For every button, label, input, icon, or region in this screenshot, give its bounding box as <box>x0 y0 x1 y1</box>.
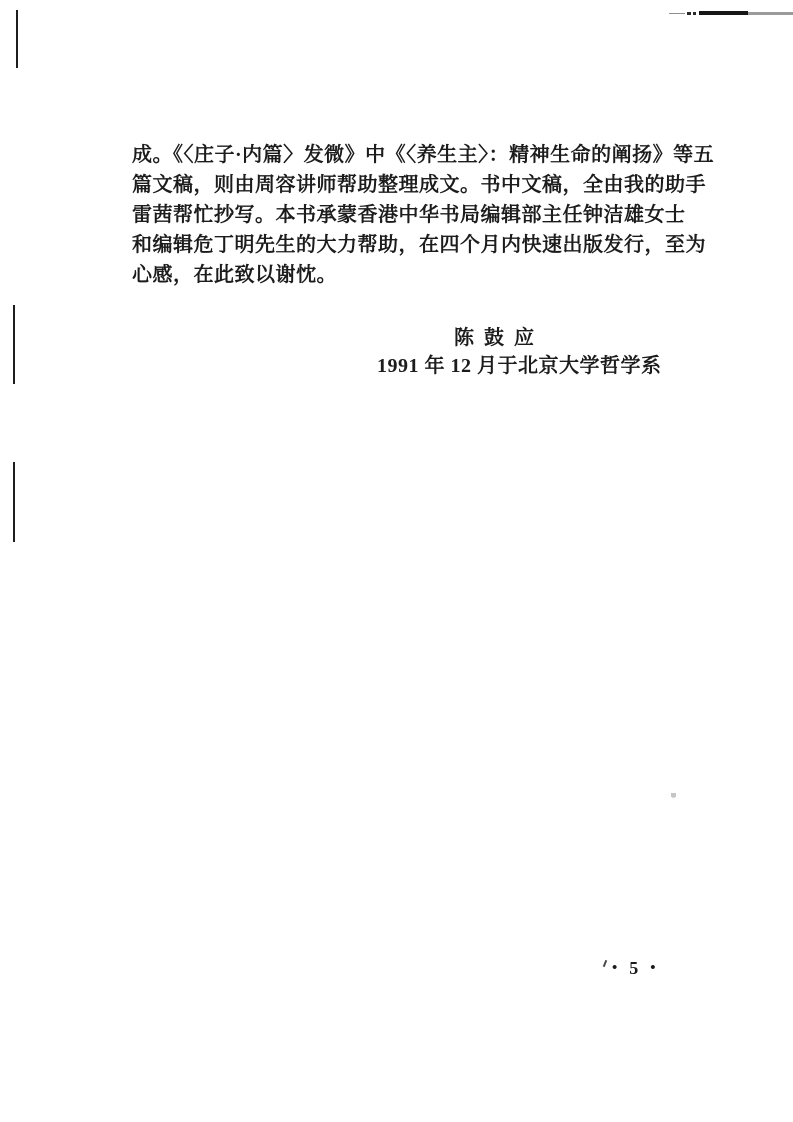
scan-artifact-vertical-line-lower <box>13 462 15 542</box>
preface-paragraph: 成。《〈庄子·内篇〉发微》中《〈养生主〉：精神生命的阐扬》等五 篇文稿，则由周容… <box>132 140 665 290</box>
scan-artifact-speck <box>671 793 676 797</box>
scan-artifact-topright-thin-line <box>669 13 685 14</box>
paragraph-line-3: 雷茜帮忙抄写。本书承蒙香港中华书局编辑部主任钟洁雄女士 <box>132 200 665 230</box>
paragraph-line-5: 心感，在此致以谢忱。 <box>132 260 665 290</box>
scan-artifact-topright-light-line <box>748 12 793 15</box>
paragraph-line-2: 篇文稿，则由周容讲师帮助整理成文。书中文稿，全由我的助手 <box>132 170 665 200</box>
scan-artifact-tick <box>603 959 607 966</box>
scan-artifact-topright-dark-line <box>699 11 748 15</box>
footer-bullet-left: • <box>612 961 617 976</box>
date-place-line: 1991 年 12 月于北京大学哲学系 <box>377 349 662 378</box>
page-footer: • 5 • <box>604 956 656 980</box>
page-number: 5 <box>629 959 638 977</box>
scan-artifact-topright-dash-1 <box>687 12 691 15</box>
scan-artifact-vertical-line-top <box>16 10 18 68</box>
paragraph-line-1: 成。《〈庄子·内篇〉发微》中《〈养生主〉：精神生命的阐扬》等五 <box>132 140 665 170</box>
scan-artifact-topright-dash-2 <box>693 12 696 15</box>
footer-bullet-right: • <box>650 961 655 976</box>
paragraph-line-4: 和编辑危丁明先生的大力帮助，在四个月内快速出版发行，至为 <box>132 230 665 260</box>
author-signature: 陈 鼓 应 <box>454 321 534 350</box>
scanned-book-page: 成。《〈庄子·内篇〉发微》中《〈养生主〉：精神生命的阐扬》等五 篇文稿，则由周容… <box>0 0 793 1122</box>
scan-artifact-vertical-line-middle <box>13 305 15 384</box>
